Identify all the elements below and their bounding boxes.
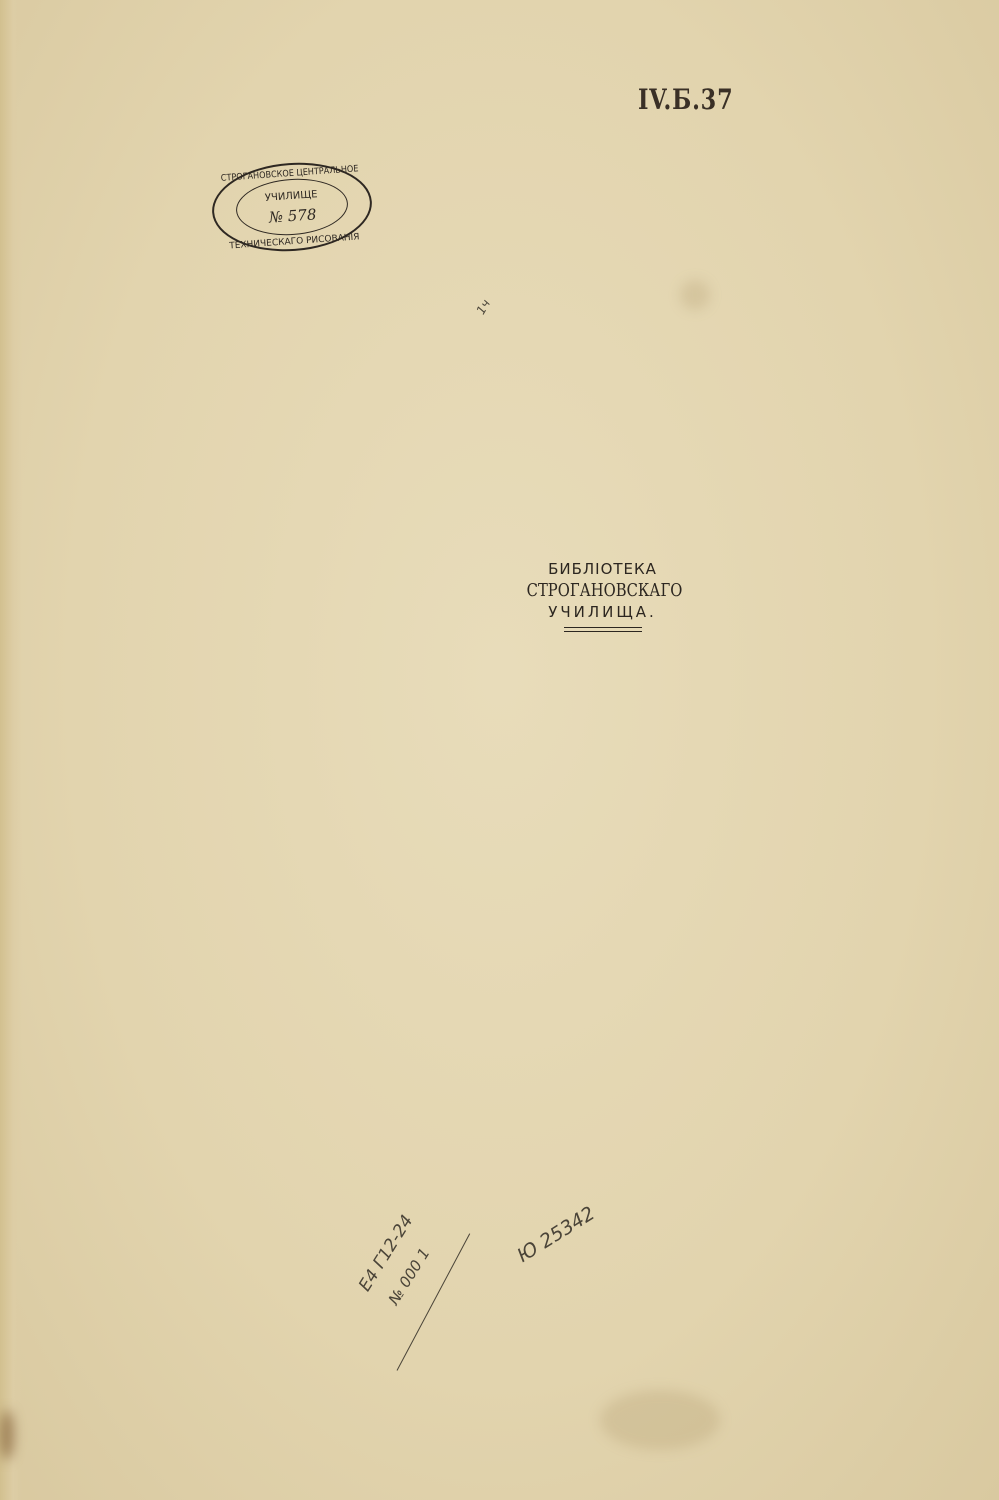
pencil-note-c: Ю 25342 bbox=[513, 1202, 598, 1267]
ornament-divider bbox=[564, 627, 642, 632]
pencil-small-mark: 1ч bbox=[474, 297, 493, 317]
page-spine-edge bbox=[0, 0, 22, 1500]
shelfmark: IV.Б.37 bbox=[638, 83, 733, 116]
library-stamp-line1: БИБЛІОТЕКА bbox=[530, 560, 675, 578]
stain bbox=[680, 280, 710, 310]
school-oval-stamp: СТРОГАНОВСКОЕ ЦЕНТРАЛЬНОЕ УЧИЛИЩЕ № 578 … bbox=[209, 158, 375, 257]
stain bbox=[600, 1390, 720, 1450]
stain bbox=[0, 1410, 14, 1460]
library-stamp-line3: УЧИЛИЩА. bbox=[530, 603, 675, 621]
library-stamp-line2: СТРОГАНОВСКАГО bbox=[527, 580, 679, 601]
library-stamp: БИБЛІОТЕКА СТРОГАНОВСКАГО УЧИЛИЩА. bbox=[530, 560, 675, 632]
